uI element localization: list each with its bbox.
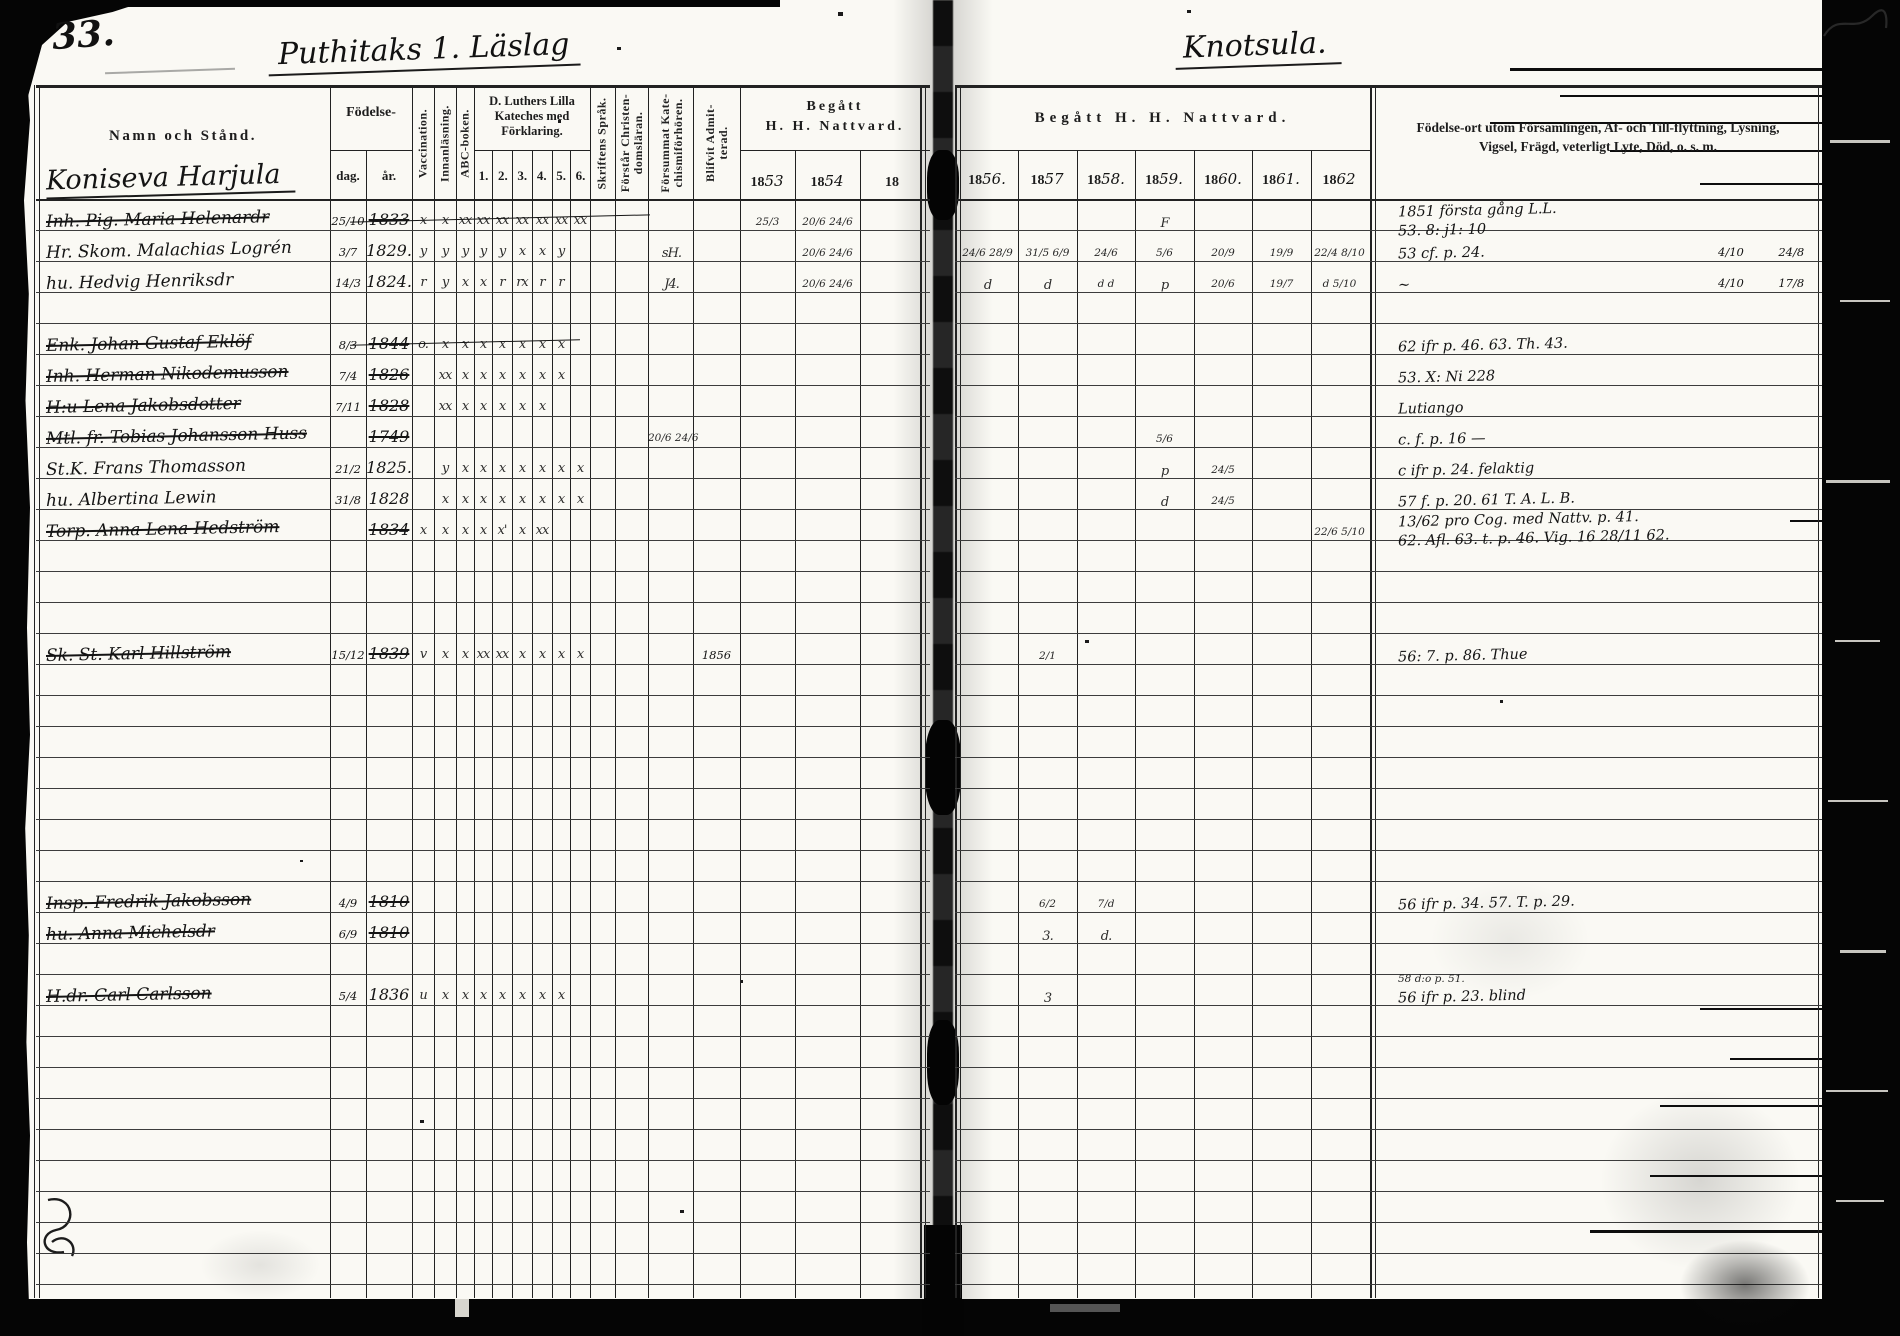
- grid-line-vertical: [434, 85, 435, 1298]
- check-mark: x: [570, 492, 590, 507]
- row-line: [36, 1191, 930, 1192]
- grid-line-vertical: [412, 85, 413, 1298]
- check-mark: x: [512, 647, 532, 662]
- row-line: [36, 261, 930, 262]
- row-line: [36, 385, 930, 386]
- row-line: [36, 695, 930, 696]
- row-line: [955, 1005, 1822, 1006]
- scan-edge-left: [0, 0, 30, 1336]
- note-entry: c ifr p. 24. felaktig: [1398, 454, 1798, 480]
- check-mark: x: [474, 399, 492, 414]
- birth-year-entry: 1810: [364, 893, 414, 911]
- check-mark: x: [532, 988, 552, 1003]
- communion-date-mark: d: [1018, 278, 1077, 293]
- col-header-communion-right: Begått H. H. Nattvard.: [955, 110, 1370, 127]
- check-mark: r: [412, 275, 434, 290]
- page-number-underline: [105, 68, 235, 75]
- birth-day-entry: 7/4: [330, 369, 366, 383]
- communion-date-mark: 22/6 5/10: [1311, 526, 1368, 538]
- notes-title-line2: Vigsel, Frägd, veterligt Lyte, Död, o. s…: [1479, 139, 1717, 154]
- communion-date-mark: 5/6: [1135, 247, 1194, 259]
- scan-band-streak: [1828, 800, 1888, 802]
- check-mark: x: [492, 461, 512, 476]
- col-header-script-language: Skriftens Språk.: [596, 89, 609, 199]
- grid-line-vertical: [1375, 85, 1376, 1298]
- village-header: Koniseva Harjula: [46, 159, 295, 200]
- birth-day-entry: 4/9: [330, 896, 366, 910]
- grid-line-vertical: [590, 85, 591, 1298]
- row-line: [955, 664, 1822, 665]
- row-line: [955, 850, 1822, 851]
- grid-line-vertical: [474, 85, 475, 1298]
- check-mark: xx: [532, 213, 552, 228]
- col-header-understands: Förstår Christen-domsläran.: [619, 88, 645, 198]
- row-line: [36, 943, 930, 944]
- grid-line-vertical: [456, 85, 457, 1298]
- communion-year-header: 1859.: [1130, 170, 1198, 189]
- row-line: [36, 1160, 930, 1161]
- row-line: [36, 292, 930, 293]
- scan-scratch: [1700, 1008, 1822, 1010]
- catechism-col-number: 6.: [571, 168, 590, 184]
- row-line: [36, 726, 930, 727]
- check-mark: x: [552, 492, 570, 507]
- missed-mark: J4.: [648, 277, 695, 292]
- row-line: [955, 819, 1822, 820]
- row-line: [36, 819, 930, 820]
- communion-date-mark: 19/9: [1252, 247, 1311, 259]
- stain: [1680, 1240, 1810, 1330]
- scan-bottom-streak: [1050, 1304, 1120, 1312]
- check-mark: x: [456, 492, 474, 507]
- row-line: [36, 1036, 930, 1037]
- grid-line-vertical: [1370, 85, 1372, 1298]
- check-mark: y: [552, 244, 570, 259]
- row-line: [36, 602, 930, 603]
- row-line: [36, 1222, 930, 1223]
- row-line: [36, 540, 930, 541]
- communion-date-mark: 3.: [1018, 929, 1077, 944]
- check-mark: xx: [492, 647, 512, 662]
- row-line: [955, 354, 1822, 355]
- check-mark: x: [492, 368, 512, 383]
- row-line: [36, 1005, 930, 1006]
- catechism-col-number: 3.: [513, 168, 532, 184]
- communion-date-mark: p: [1135, 464, 1194, 479]
- grid-line-vertical: [925, 85, 926, 1298]
- row-line: [955, 695, 1822, 696]
- paper-speck: [838, 12, 843, 16]
- check-mark: y: [412, 244, 434, 259]
- note-entry: 62 ifr p. 46. 63. Th. 43.: [1398, 330, 1798, 356]
- communion-date-mark: 20/9: [1194, 247, 1252, 259]
- grid-line-horizontal: [955, 85, 1822, 88]
- row-line: [955, 261, 1822, 262]
- grid-line-vertical: [740, 85, 741, 1298]
- check-mark: x: [474, 988, 492, 1003]
- grid-line-horizontal: [36, 85, 930, 88]
- row-line: [955, 788, 1822, 789]
- row-line: [955, 726, 1822, 727]
- row-line: [955, 323, 1822, 324]
- check-mark: x: [456, 523, 474, 538]
- row-line: [955, 602, 1822, 603]
- scan-edge-right: [1822, 0, 1900, 1336]
- grid-line-vertical: [955, 85, 957, 1298]
- communion-date-mark: 2/1: [1018, 650, 1077, 662]
- grid-line-horizontal: [740, 150, 930, 151]
- col-header-reading: Innanläsning.: [439, 89, 452, 199]
- check-mark: xx: [434, 368, 456, 383]
- grid-line-horizontal: [955, 150, 1370, 151]
- stain: [1430, 880, 1590, 1000]
- check-mark: xx: [552, 213, 570, 228]
- row-name: H:u Lena Jakobsdotter: [46, 392, 328, 418]
- scan-scratch: [1510, 68, 1822, 71]
- birth-day-entry: 6/9: [330, 927, 366, 941]
- col-header-admitted: Blifvit Admit-terad.: [704, 88, 730, 198]
- birth-day-entry: 31/8: [330, 493, 366, 507]
- check-mark: x: [532, 461, 552, 476]
- check-mark: x: [532, 647, 552, 662]
- row-line: [36, 323, 930, 324]
- communion-date-mark: 24/5: [1194, 495, 1252, 507]
- communion-date-mark: 7/d: [1077, 898, 1135, 910]
- scan-band-streak: [1836, 1200, 1884, 1202]
- check-mark: r: [552, 275, 570, 290]
- grid-line-horizontal: [330, 150, 412, 151]
- scan-band-streak: [1840, 950, 1886, 953]
- row-line: [36, 788, 930, 789]
- row-name: hu. Hedvig Henriksdr: [46, 268, 328, 294]
- check-mark: rx: [512, 275, 532, 290]
- birth-year-entry: 1829.: [364, 242, 414, 260]
- communion-date-mark: 31/5 6/9: [1018, 247, 1077, 259]
- row-line: [36, 1284, 930, 1285]
- scan-band-streak: [1826, 1090, 1888, 1092]
- grid-line-vertical: [648, 85, 649, 1298]
- communion-date-mark: p: [1135, 278, 1194, 293]
- paper-speck: [617, 47, 621, 50]
- check-mark: x: [512, 988, 532, 1003]
- catechism-title-line3: Förklaring.: [501, 124, 562, 138]
- check-mark: x: [434, 492, 456, 507]
- row-name: H.dr. Carl Carlsson: [46, 981, 328, 1007]
- col-header-name: Namn och Stånd.: [40, 128, 326, 145]
- communion-date-mark: d 5/10: [1311, 278, 1368, 290]
- communion-date-mark: 20/6 24/6: [795, 247, 860, 259]
- grid-line-vertical: [615, 85, 616, 1298]
- grid-line-horizontal: [36, 199, 930, 201]
- check-mark: x: [492, 399, 512, 414]
- birth-year-entry: 1836: [364, 986, 414, 1004]
- grid-line-vertical: [693, 85, 694, 1298]
- col-header-birth-day: dag.: [330, 168, 366, 184]
- check-mark: x: [456, 988, 474, 1003]
- grid-line-vertical: [39, 85, 40, 1298]
- communion-year-header: 1862: [1305, 170, 1373, 189]
- note-right-entry: 4/10 24/8: [1718, 245, 1822, 259]
- communion-date-mark: 5/6: [1135, 433, 1194, 445]
- check-mark: u: [412, 988, 434, 1003]
- row-name: Enk. Johan Gustaf Eklöf: [46, 330, 328, 356]
- communion-year-header: 1857: [1013, 170, 1081, 189]
- row-name: Torp. Anna Lena Hedström: [46, 516, 328, 542]
- check-mark: x: [456, 337, 474, 352]
- birth-year-entry: 1825.: [364, 459, 414, 477]
- birth-day-entry: 5/4: [330, 989, 366, 1003]
- row-line: [36, 447, 930, 448]
- check-mark: x: [456, 275, 474, 290]
- communion-date-mark: 24/5: [1194, 464, 1252, 476]
- catechism-col-number: 5.: [552, 168, 571, 184]
- birth-year-entry: 1834: [364, 521, 414, 539]
- check-mark: x: [492, 492, 512, 507]
- check-mark: x: [434, 337, 456, 352]
- paper-speck: [420, 1120, 424, 1123]
- check-mark: x: [512, 368, 532, 383]
- row-line: [36, 757, 930, 758]
- missed-mark: 20/6 24/6: [648, 432, 695, 444]
- check-mark: xx: [492, 213, 512, 228]
- check-mark: x: [532, 368, 552, 383]
- birth-year-entry: 1826: [364, 366, 414, 384]
- check-mark: x: [570, 461, 590, 476]
- check-mark: x: [474, 337, 492, 352]
- communion-date-mark: 24/6: [1077, 247, 1135, 259]
- col-header-missed: Försummat Kate-chismiförhören.: [659, 88, 685, 198]
- row-line: [36, 416, 930, 417]
- scan-scratch: [1730, 1058, 1822, 1060]
- row-line: [955, 1036, 1822, 1037]
- row-line: [36, 1253, 930, 1254]
- row-name: St.K. Frans Thomasson: [46, 454, 328, 480]
- check-mark: x: [434, 647, 456, 662]
- check-mark: r: [532, 275, 552, 290]
- row-name: Mtl. fr. Tobias Johansson Huss: [46, 423, 328, 449]
- communion-date-mark: d: [1135, 495, 1194, 510]
- check-mark: xx: [474, 647, 492, 662]
- communion-date-mark: 6/2: [1018, 898, 1077, 910]
- row-line: [36, 1067, 930, 1068]
- check-mark: y: [492, 244, 512, 259]
- row-line: [955, 1067, 1822, 1068]
- note-entry: Lutiango: [1398, 392, 1798, 418]
- communion-date-mark: 3: [1018, 991, 1077, 1006]
- check-mark: x: [474, 492, 492, 507]
- check-mark: x: [474, 368, 492, 383]
- check-mark: x: [456, 461, 474, 476]
- col-header-vaccination: Vaccination.: [417, 89, 430, 199]
- pen-scribble-bottomleft: [34, 1192, 94, 1262]
- grid-line-horizontal: [474, 150, 590, 151]
- row-line: [955, 633, 1822, 634]
- check-mark: r: [492, 275, 512, 290]
- birth-year-entry: 1824.: [364, 273, 414, 291]
- check-mark: x: [434, 988, 456, 1003]
- row-line: [36, 850, 930, 851]
- note-entry: 56: 7. p. 86. Thue: [1398, 640, 1798, 666]
- check-mark: x: [434, 523, 456, 538]
- check-mark: y: [474, 244, 492, 259]
- catechism-col-number: 4.: [532, 168, 551, 184]
- check-mark: y: [434, 275, 456, 290]
- col-header-communion-left: BegåttH. H. Nattvard.: [740, 97, 930, 137]
- admitted-mark: 1856: [693, 648, 740, 662]
- check-mark: xx: [532, 523, 552, 538]
- birth-day-entry: 14/3: [330, 276, 366, 290]
- note-entry: c. f. p. 16 —: [1398, 423, 1798, 449]
- col-header-abc-book: ABC-boken.: [459, 89, 472, 199]
- row-line: [955, 571, 1822, 572]
- check-mark: x: [570, 647, 590, 662]
- communion-date-mark: d: [957, 278, 1018, 293]
- paper-speck: [1085, 640, 1089, 643]
- check-mark: x: [512, 399, 532, 414]
- check-mark: o.: [412, 337, 434, 352]
- notes-title-line1: Födelse-ort utom Församlingen, Af- och T…: [1417, 120, 1780, 135]
- row-name: Sk. St. Karl Hillström: [46, 640, 328, 666]
- check-mark: x: [512, 492, 532, 507]
- row-line: [36, 974, 930, 975]
- row-line: [36, 571, 930, 572]
- check-mark: y: [434, 461, 456, 476]
- birth-year-entry: 1749: [364, 428, 414, 446]
- paper-speck: [1187, 10, 1191, 13]
- scan-scratch: [1700, 183, 1822, 185]
- catechism-col-number: 1.: [474, 168, 493, 184]
- row-line: [955, 912, 1822, 913]
- check-mark: xx: [456, 213, 474, 228]
- grid-line-vertical: [960, 85, 961, 1298]
- note-right-entry: 4/10 17/8: [1718, 276, 1822, 290]
- row-line: [36, 354, 930, 355]
- row-line: [36, 881, 930, 882]
- row-line: [955, 881, 1822, 882]
- communion-date-mark: 25/3: [740, 216, 795, 228]
- check-mark: xx: [474, 213, 492, 228]
- missed-mark: sH.: [648, 246, 695, 261]
- birth-day-entry: 7/11: [330, 400, 366, 414]
- check-mark: x: [532, 244, 552, 259]
- row-line: [955, 757, 1822, 758]
- communion-year-header: 1856.: [953, 170, 1021, 189]
- row-line: [36, 478, 930, 479]
- communion-date-mark: 22/4 8/10: [1311, 247, 1368, 259]
- note-entry: 53. X: Ni 228: [1398, 361, 1798, 387]
- communion-date-mark: 20/6: [1194, 278, 1252, 290]
- row-line: [36, 230, 930, 231]
- communion-date-mark: F: [1135, 216, 1194, 231]
- communion-date-mark: 19/7: [1252, 278, 1311, 290]
- check-mark: x: [552, 461, 570, 476]
- paper-speck: [300, 860, 303, 862]
- row-name: Inh. Herman Nikodemusson: [46, 361, 328, 387]
- communion-date-mark: 20/6 24/6: [795, 216, 860, 228]
- right-heading: Knotsula.: [1174, 25, 1341, 70]
- grid-line-vertical: [1818, 85, 1819, 1298]
- birth-year-entry: 1828: [364, 397, 414, 415]
- col-header-birth: Födelse-: [330, 105, 412, 121]
- page-number: 33.: [51, 12, 116, 58]
- scan-bottom-notch: [455, 1299, 469, 1317]
- row-name: Insp. Fredrik Jakobsson: [46, 888, 328, 914]
- row-line: [955, 385, 1822, 386]
- check-mark: v: [412, 647, 434, 662]
- scan-band-streak: [1826, 480, 1890, 483]
- check-mark: x: [474, 461, 492, 476]
- check-mark: x: [492, 988, 512, 1003]
- communion-date-mark: 20/6 24/6: [795, 278, 860, 290]
- row-line: [955, 292, 1822, 293]
- scan-scratch: [1560, 95, 1822, 97]
- scan-band-streak: [1835, 640, 1880, 642]
- col-header-notes: Födelse-ort utom Församlingen, Af- och T…: [1380, 118, 1816, 156]
- communion-date-mark: d.: [1077, 929, 1135, 944]
- grid-line-vertical: [330, 85, 331, 1298]
- row-line: [36, 633, 930, 634]
- birth-year-entry: 1810: [364, 924, 414, 942]
- communion-date-mark: 24/6 28/9: [957, 247, 1018, 259]
- row-line: [36, 1129, 930, 1130]
- check-mark: x: [456, 368, 474, 383]
- col-header-birth-year: år.: [366, 168, 412, 184]
- check-mark: x: [552, 368, 570, 383]
- check-mark: x: [492, 337, 512, 352]
- row-name: hu. Albertina Lewin: [46, 485, 328, 511]
- check-mark: x: [532, 399, 552, 414]
- scan-band-streak: [1830, 140, 1890, 143]
- check-mark: x: [512, 244, 532, 259]
- check-mark: y: [456, 244, 474, 259]
- birth-day-entry: 3/7: [330, 245, 366, 259]
- scanned-ledger-page: 33. Puthitaks 1. Läslag Knotsula. Namn o…: [0, 0, 1900, 1336]
- check-mark: y: [434, 244, 456, 259]
- check-mark: x: [412, 523, 434, 538]
- row-line: [955, 447, 1822, 448]
- grid-line-vertical: [920, 85, 922, 1298]
- row-name: hu. Anna Michelsdr: [46, 919, 328, 945]
- row-line: [955, 416, 1822, 417]
- grid-line-vertical: [34, 85, 35, 1298]
- check-mark: xx: [512, 213, 532, 228]
- check-mark: x: [512, 337, 532, 352]
- communion-date-mark: d d: [1077, 278, 1135, 290]
- left-heading: Puthitaks 1. Läslag: [267, 27, 580, 77]
- birth-day-entry: 21/2: [330, 462, 366, 476]
- check-mark: x: [474, 275, 492, 290]
- communion-year-header: 1854: [793, 172, 861, 191]
- birth-year-entry: 1828: [364, 490, 414, 508]
- check-mark: x: [456, 399, 474, 414]
- communion-year-header: 18: [858, 172, 926, 191]
- paper-speck: [680, 1210, 684, 1213]
- row-line: [36, 912, 930, 913]
- check-mark: x: [532, 492, 552, 507]
- row-line: [36, 664, 930, 665]
- check-mark: x: [512, 523, 532, 538]
- check-mark: x: [474, 523, 492, 538]
- row-line: [36, 509, 930, 510]
- col-header-catechism: D. Luthers Lilla Kateches med Förklaring…: [476, 94, 588, 139]
- birth-year-entry: 1839: [364, 645, 414, 663]
- stain: [200, 1230, 320, 1300]
- check-mark: x: [552, 647, 570, 662]
- row-line: [955, 478, 1822, 479]
- check-mark: x': [492, 523, 512, 538]
- check-mark: x: [512, 461, 532, 476]
- check-mark: x: [456, 647, 474, 662]
